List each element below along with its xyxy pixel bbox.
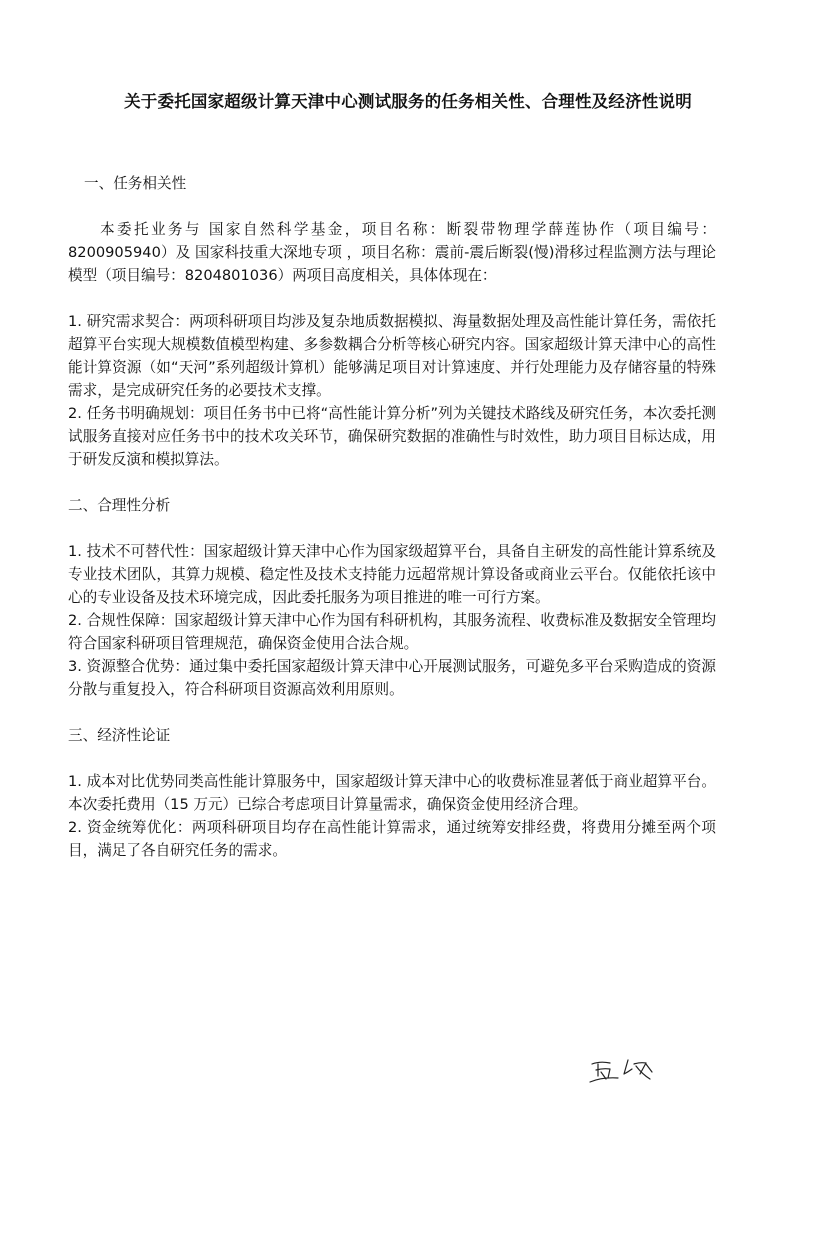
spacer [68, 517, 716, 540]
relevance-item-1: 1. 研究需求契合：两项科研项目均涉及复杂地质数据模拟、海量数据处理及高性能计算… [68, 310, 716, 402]
rationality-item-1: 1. 技术不可替代性：国家超级计算天津中心作为国家级超算平台，具备自主研发的高性… [68, 540, 716, 609]
document-body: 一、任务相关性 本委托业务与 国家自然科学基金，项目名称：断裂带物理学薛莲协作（… [68, 172, 716, 862]
section-heading-rationality: 二、合理性分析 [68, 494, 716, 517]
relevance-item-2: 2. 任务书明确规划：项目任务书中已将“高性能计算分析”列为关键技术路线及研究任… [68, 402, 716, 471]
document-title: 关于委托国家超级计算天津中心测试服务的任务相关性、合理性及经济性说明 [60, 88, 756, 112]
spacer [68, 287, 716, 310]
rationality-item-3: 3. 资源整合优势：通过集中委托国家超级计算天津中心开展测试服务，可避免多平台采… [68, 655, 716, 701]
spacer [68, 747, 716, 770]
economy-item-1: 1. 成本对比优势同类高性能计算服务中，国家超级计算天津中心的收费标准显著低于商… [68, 770, 716, 816]
section-heading-economy: 三、经济性论证 [68, 724, 716, 747]
signature-image [588, 1052, 668, 1092]
spacer [68, 471, 716, 494]
rationality-item-2: 2. 合规性保障：国家超级计算天津中心作为国有科研机构，其服务流程、收费标准及数… [68, 609, 716, 655]
signature-icon [588, 1052, 668, 1092]
economy-item-2: 2. 资金统筹优化：两项科研项目均存在高性能计算需求，通过统筹安排经费，将费用分… [68, 816, 716, 862]
spacer [68, 195, 716, 218]
section-heading-relevance: 一、任务相关性 [68, 172, 716, 195]
relevance-intro-paragraph: 本委托业务与 国家自然科学基金，项目名称：断裂带物理学薛莲协作（项目编号：820… [68, 218, 716, 287]
spacer [68, 701, 716, 724]
document-page: 关于委托国家超级计算天津中心测试服务的任务相关性、合理性及经济性说明 一、任务相… [0, 0, 816, 1242]
